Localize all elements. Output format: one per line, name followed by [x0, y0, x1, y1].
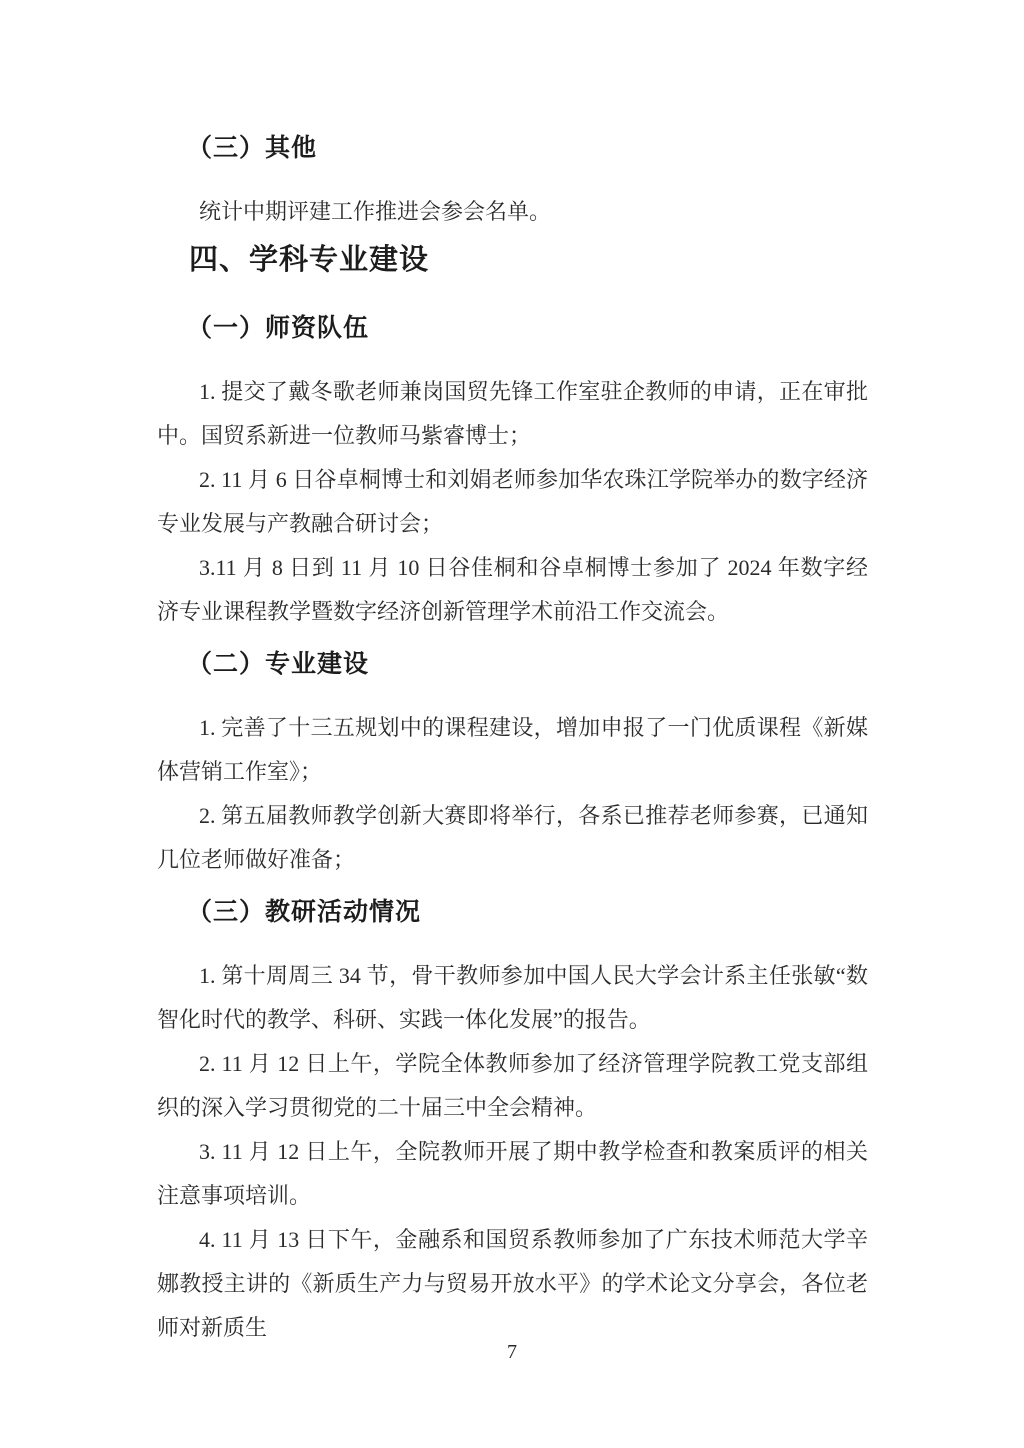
paragraph: 1. 完善了十三五规划中的课程建设，增加申报了一门优质课程《新媒体营销工作室》；	[157, 706, 868, 794]
paragraph: 4. 11 月 13 日下午，金融系和国贸系教师参加了广东技术师范大学辛娜教授主…	[157, 1218, 868, 1350]
document-page: （三）其他统计中期评建工作推进会参会名单。四、学科专业建设（一）师资队伍1. 提…	[0, 0, 1024, 1448]
paragraph: 2. 11 月 12 日上午，学院全体教师参加了经济管理学院教工党支部组织的深入…	[157, 1042, 868, 1130]
paragraph: 统计中期评建工作推进会参会名单。	[157, 190, 868, 234]
paragraph: 1. 提交了戴冬歌老师兼岗国贸先锋工作室驻企教师的申请，正在审批中。国贸系新进一…	[157, 370, 868, 458]
section-heading-level-2: （二）专业建设	[187, 644, 868, 684]
paragraph: 3. 11 月 12 日上午，全院教师开展了期中教学检查和教案质评的相关注意事项…	[157, 1130, 868, 1218]
paragraph: 2. 11 月 6 日谷卓桐博士和刘娟老师参加华农珠江学院举办的数字经济专业发展…	[157, 458, 868, 546]
page-number: 7	[0, 1340, 1024, 1364]
paragraph: 1. 第十周周三 34 节，骨干教师参加中国人民大学会计系主任张敏“数智化时代的…	[157, 954, 868, 1042]
section-heading-level-1: 四、学科专业建设	[189, 238, 868, 282]
section-heading-level-2: （一）师资队伍	[187, 308, 868, 348]
document-body: （三）其他统计中期评建工作推进会参会名单。四、学科专业建设（一）师资队伍1. 提…	[157, 128, 868, 1350]
paragraph: 3.11 月 8 日到 11 月 10 日谷佳桐和谷卓桐博士参加了 2024 年…	[157, 546, 868, 634]
section-heading-level-2: （三）其他	[187, 128, 868, 168]
section-heading-level-2: （三）教研活动情况	[187, 892, 868, 932]
paragraph: 2. 第五届教师教学创新大赛即将举行，各系已推荐老师参赛，已通知几位老师做好准备…	[157, 794, 868, 882]
